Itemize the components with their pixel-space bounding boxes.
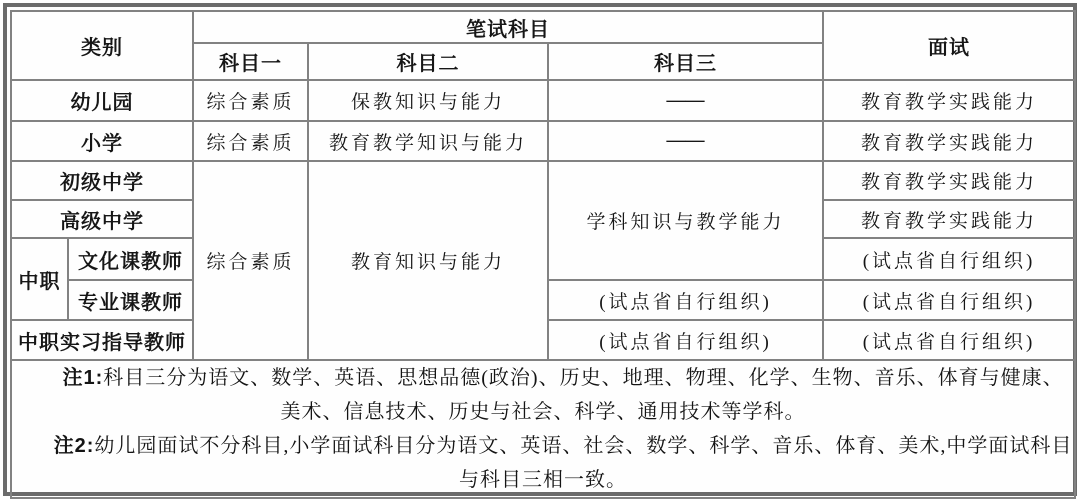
culture-course-teacher-label-cell: 文化课教师 bbox=[68, 238, 193, 280]
culture-course-teacher-interview-cell: (试点省自行组织) bbox=[823, 238, 1075, 280]
note-1-text: 科目三分为语文、数学、英语、思想品德(政治)、历史、地理、物理、化学、生物、音乐… bbox=[103, 367, 1063, 423]
merged-subject2-cell: 教育知识与能力 bbox=[308, 161, 548, 360]
primary-subject3-cell: —— bbox=[548, 121, 823, 161]
junior-middle-interview-cell: 教育教学实践能力 bbox=[823, 161, 1075, 200]
merged-subject1-cell: 综合素质 bbox=[193, 161, 308, 360]
primary-subject2-cell: 教育教学知识与能力 bbox=[308, 121, 548, 161]
primary-label-cell: 小学 bbox=[11, 121, 193, 161]
row-notes: 注1:科目三分为语文、数学、英语、思想品德(政治)、历史、地理、物理、化学、生物… bbox=[11, 360, 1075, 498]
note-1-label: 注1: bbox=[62, 367, 103, 389]
row-junior-middle: 初级中学 综合素质 教育知识与能力 学科知识与教学能力 教育教学实践能力 bbox=[11, 161, 1075, 200]
kindergarten-subject3-cell: —— bbox=[548, 80, 823, 121]
kindergarten-label-cell: 幼儿园 bbox=[11, 80, 193, 121]
internship-guidance-teacher-interview-cell: (试点省自行组织) bbox=[823, 320, 1075, 360]
internship-guidance-teacher-label-cell: 中职实习指导教师 bbox=[11, 320, 193, 360]
header-subject3-cell: 科目三 bbox=[548, 43, 823, 80]
kindergarten-interview-cell: 教育教学实践能力 bbox=[823, 80, 1075, 121]
primary-subject1-cell: 综合素质 bbox=[193, 121, 308, 161]
note-2-text: 幼儿园面试不分科目,小学面试科目分为语文、英语、社会、数学、科学、音乐、体育、美… bbox=[94, 435, 1072, 491]
merged-subject3-cell: 学科知识与教学能力 bbox=[548, 161, 823, 280]
primary-interview-cell: 教育教学实践能力 bbox=[823, 121, 1075, 161]
junior-middle-label-cell: 初级中学 bbox=[11, 161, 193, 200]
vocational-label-cell: 中职 bbox=[11, 238, 68, 320]
exam-subjects-table: 类别 笔试科目 面试 科目一 科目二 科目三 幼儿园 综合素质 保教知识与能力 … bbox=[10, 10, 1076, 499]
notes-section: 注1:科目三分为语文、数学、英语、思想品德(政治)、历史、地理、物理、化学、生物… bbox=[11, 360, 1075, 498]
internship-guidance-teacher-subject3-cell: (试点省自行组织) bbox=[548, 320, 823, 360]
header-interview-cell: 面试 bbox=[823, 11, 1075, 80]
header-row-1: 类别 笔试科目 面试 bbox=[11, 11, 1075, 43]
kindergarten-subject1-cell: 综合素质 bbox=[193, 80, 308, 121]
senior-middle-label-cell: 高级中学 bbox=[11, 200, 193, 238]
professional-course-teacher-interview-cell: (试点省自行组织) bbox=[823, 280, 1075, 320]
row-primary: 小学 综合素质 教育教学知识与能力 —— 教育教学实践能力 bbox=[11, 121, 1075, 161]
note-2-label: 注2: bbox=[54, 435, 95, 457]
senior-middle-interview-cell: 教育教学实践能力 bbox=[823, 200, 1075, 238]
header-subject1-cell: 科目一 bbox=[193, 43, 308, 80]
header-written-exam-cell: 笔试科目 bbox=[193, 11, 823, 43]
header-subject2-cell: 科目二 bbox=[308, 43, 548, 80]
header-category-cell: 类别 bbox=[11, 11, 193, 80]
professional-course-teacher-subject3-cell: (试点省自行组织) bbox=[548, 280, 823, 320]
professional-course-teacher-label-cell: 专业课教师 bbox=[68, 280, 193, 320]
note-2: 注2:幼儿园面试不分科目,小学面试科目分为语文、英语、社会、数学、科学、音乐、体… bbox=[12, 429, 1074, 497]
document-frame: 类别 笔试科目 面试 科目一 科目二 科目三 幼儿园 综合素质 保教知识与能力 … bbox=[3, 3, 1077, 496]
kindergarten-subject2-cell: 保教知识与能力 bbox=[308, 80, 548, 121]
row-kindergarten: 幼儿园 综合素质 保教知识与能力 —— 教育教学实践能力 bbox=[11, 80, 1075, 121]
note-1: 注1:科目三分为语文、数学、英语、思想品德(政治)、历史、地理、物理、化学、生物… bbox=[12, 361, 1074, 429]
